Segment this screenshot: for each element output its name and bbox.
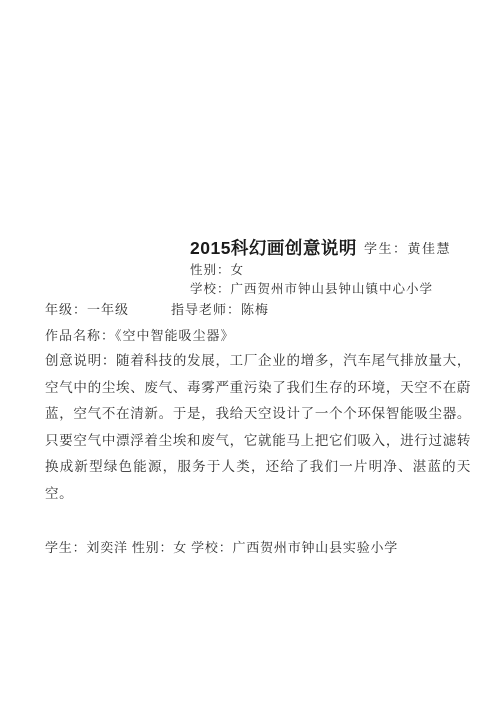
header-block: 2015科幻画创意说明学生：黄佳慧 性别：女 学校：广西贺州市钟山县钟山镇中心小… [190,237,451,298]
grade-teacher-line: 年级：一年级指导老师：陈梅 [45,299,269,318]
school-line: 学校：广西贺州市钟山县钟山镇中心小学 [190,280,451,299]
page-title: 2015科幻画创意说明 [190,238,357,258]
student-name-label: 学生：黄佳慧 [364,241,451,256]
work-name-line: 作品名称：《空中智能吸尘器》 [45,325,235,344]
teacher-label: 指导老师：陈梅 [171,302,269,317]
creative-description-paragraph: 创意说明：随着科技的发展，工厂企业的增多，汽车尾气排放量大，空气中的尘埃、废气、… [45,348,471,507]
gender-line: 性别：女 [190,261,451,280]
grade-label: 年级：一年级 [45,302,129,317]
title-line: 2015科幻画创意说明学生：黄佳慧 [190,237,451,261]
document-page: 2015科幻画创意说明学生：黄佳慧 性别：女 学校：广西贺州市钟山县钟山镇中心小… [0,0,500,708]
footer-student-line: 学生：刘奕洋 性别：女 学校：广西贺州市钟山县实验小学 [45,537,398,556]
